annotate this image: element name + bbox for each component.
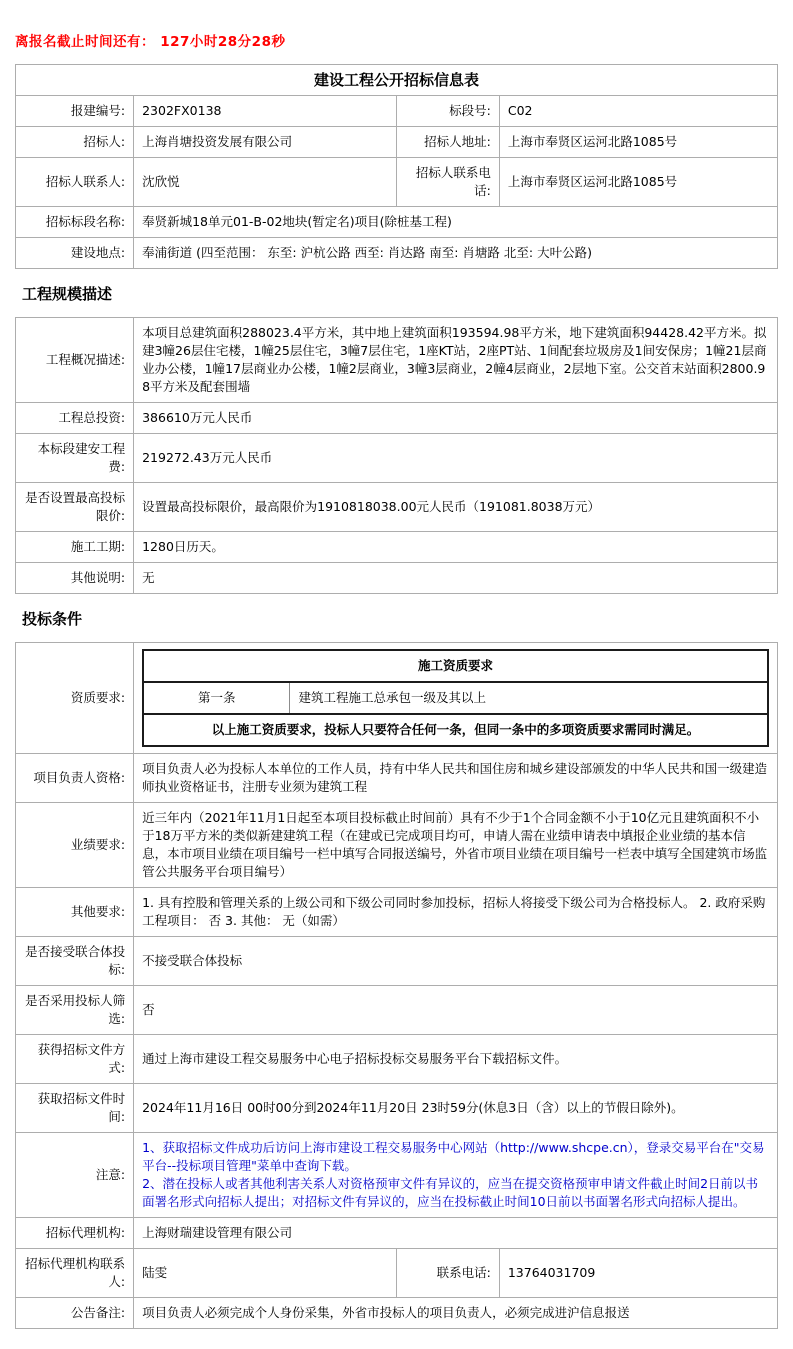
field-label: 招标标段名称: [16,207,134,238]
field-label: 项目负责人资格: [16,754,134,803]
field-label: 招标人地址: [396,127,499,158]
page-title: 建设工程公开招标信息表 [16,65,778,96]
table-title-row: 建设工程公开招标信息表 [16,65,778,96]
field-label: 是否接受联合体投标: [16,937,134,986]
qualification-cell: 施工资质要求 第一条 建筑工程施工总承包一级及其以上 以上施工资质要求，投标人只… [134,643,778,754]
field-value: 奉浦街道 (四至范围： 东至: 沪杭公路 西至: 肖达路 南至: 肖塘路 北至:… [134,238,778,269]
field-value: 否 [134,986,778,1035]
section-heading-bid-conditions: 投标条件 [22,608,778,629]
field-value: 设置最高投标限价，最高限价为1910818038.00元人民币（191081.8… [134,483,778,532]
notice-line-1: 1、获取招标文件成功后访问上海市建设工程交易服务中心网站（http://www.… [142,1139,769,1175]
field-label: 资质要求: [16,643,134,754]
table-row: 是否设置最高投标限价: 设置最高投标限价，最高限价为1910818038.00元… [16,483,778,532]
field-value: 通过上海市建设工程交易服务中心电子招标投标交易服务平台下载招标文件。 [134,1035,778,1084]
table-row: 施工工期: 1280日历天。 [16,532,778,563]
clause-number: 第一条 [143,682,290,714]
field-label: 其他要求: [16,888,134,937]
project-scale-table: 工程概况描述: 本项目总建筑面积288023.4平方米，其中地上建筑面积1935… [15,317,778,594]
bid-conditions-table: 资质要求: 施工资质要求 第一条 建筑工程施工总承包一级及其以上 以上施工资质要… [15,642,778,1329]
table-row: 工程概况描述: 本项目总建筑面积288023.4平方米，其中地上建筑面积1935… [16,318,778,403]
field-value: 1280日历天。 [134,532,778,563]
field-value: 上海财瑞建设管理有限公司 [134,1218,778,1249]
countdown-banner: 离报名截止时间还有： 127小时28分28秒 [15,30,778,50]
table-row: 招标代理机构联系人: 陆雯 联系电话: 13764031709 [16,1249,778,1298]
table-row: 招标人: 上海肖塘投资发展有限公司 招标人地址: 上海市奉贤区运河北路1085号 [16,127,778,158]
field-value: 项目负责人必为投标人本单位的工作人员，持有中华人民共和国住房和城乡建设部颁发的中… [134,754,778,803]
field-value: 386610万元人民币 [134,403,778,434]
field-label: 招标人联系电话: [396,158,499,207]
table-row: 报建编号: 2302FX0138 标段号: C02 [16,96,778,127]
table-row: 资质要求: 施工资质要求 第一条 建筑工程施工总承包一级及其以上 以上施工资质要… [16,643,778,754]
field-value: 2302FX0138 [134,96,397,127]
notice-line-2: 2、潜在投标人或者其他利害关系人对资格预审文件有异议的，应当在提交资格预审申请文… [142,1175,769,1211]
field-label: 获取招标文件时间: [16,1084,134,1133]
field-value: 无 [134,563,778,594]
table-row: 项目负责人资格: 项目负责人必为投标人本单位的工作人员，持有中华人民共和国住房和… [16,754,778,803]
field-label: 工程总投资: [16,403,134,434]
section-heading-project-scale: 工程规模描述 [22,283,778,304]
announcement-page: 离报名截止时间还有： 127小时28分28秒 建设工程公开招标信息表 报建编号:… [0,0,793,1349]
field-label: 获得招标文件方式: [16,1035,134,1084]
notice-content: 1、获取招标文件成功后访问上海市建设工程交易服务中心网站（http://www.… [134,1133,778,1218]
table-row: 招标标段名称: 奉贤新城18单元01-B-02地块(暂定名)项目(除桩基工程) [16,207,778,238]
field-label: 其他说明: [16,563,134,594]
table-row: 业绩要求: 近三年内（2021年11月1日起至本项目投标截止时间前）具有不少于1… [16,803,778,888]
field-label: 工程概况描述: [16,318,134,403]
field-value: 陆雯 [134,1249,397,1298]
field-value: 沈欣悦 [134,158,397,207]
field-label: 施工工期: [16,532,134,563]
nested-table-footer: 以上施工资质要求，投标人只要符合任何一条，但同一条中的多项资质要求需同时满足。 [143,714,768,746]
field-value: 219272.43万元人民币 [134,434,778,483]
field-label: 招标代理机构: [16,1218,134,1249]
table-row: 其他说明: 无 [16,563,778,594]
table-row: 其他要求: 1. 具有控股和管理关系的上级公司和下级公司同时参加投标，招标人将接… [16,888,778,937]
table-row: 是否接受联合体投标: 不接受联合体投标 [16,937,778,986]
field-value: 上海肖塘投资发展有限公司 [134,127,397,158]
table-row: 工程总投资: 386610万元人民币 [16,403,778,434]
field-label: 本标段建安工程费: [16,434,134,483]
countdown-label: 离报名截止时间还有： [15,34,155,50]
field-value: 上海市奉贤区运河北路1085号 [499,127,777,158]
field-value: 本项目总建筑面积288023.4平方米，其中地上建筑面积193594.98平方米… [134,318,778,403]
field-value: 奉贤新城18单元01-B-02地块(暂定名)项目(除桩基工程) [134,207,778,238]
nested-header-row: 施工资质要求 [143,650,768,682]
field-value: 项目负责人必须完成个人身份采集，外省市投标人的项目负责人，必须完成进沪信息报送 [134,1298,778,1329]
table-row: 建设地点: 奉浦街道 (四至范围： 东至: 沪杭公路 西至: 肖达路 南至: 肖… [16,238,778,269]
field-label: 招标代理机构联系人: [16,1249,134,1298]
table-row: 本标段建安工程费: 219272.43万元人民币 [16,434,778,483]
nested-item-row: 第一条 建筑工程施工总承包一级及其以上 [143,682,768,714]
field-label: 建设地点: [16,238,134,269]
field-value: 1. 具有控股和管理关系的上级公司和下级公司同时参加投标，招标人将接受下级公司为… [134,888,778,937]
field-value: 2024年11月16日 00时00分到2024年11月20日 23时59分(休息… [134,1084,778,1133]
field-label: 标段号: [396,96,499,127]
table-row: 是否采用投标人筛选: 否 [16,986,778,1035]
field-value: 13764031709 [499,1249,777,1298]
clause-value: 建筑工程施工总承包一级及其以上 [290,682,768,714]
table-row: 获得招标文件方式: 通过上海市建设工程交易服务中心电子招标投标交易服务平台下载招… [16,1035,778,1084]
table-row: 招标代理机构: 上海财瑞建设管理有限公司 [16,1218,778,1249]
field-value: 上海市奉贤区运河北路1085号 [499,158,777,207]
countdown-value: 127小时28分28秒 [160,34,285,50]
field-label: 报建编号: [16,96,134,127]
field-label: 招标人联系人: [16,158,134,207]
nested-footer-row: 以上施工资质要求，投标人只要符合任何一条，但同一条中的多项资质要求需同时满足。 [143,714,768,746]
table-row: 招标人联系人: 沈欣悦 招标人联系电话: 上海市奉贤区运河北路1085号 [16,158,778,207]
nested-table-header: 施工资质要求 [143,650,768,682]
construction-qualification-table: 施工资质要求 第一条 建筑工程施工总承包一级及其以上 以上施工资质要求，投标人只… [142,649,769,747]
field-label: 是否采用投标人筛选: [16,986,134,1035]
field-label: 联系电话: [396,1249,499,1298]
field-label: 注意: [16,1133,134,1218]
info-table: 建设工程公开招标信息表 报建编号: 2302FX0138 标段号: C02 招标… [15,64,778,269]
field-value: C02 [499,96,777,127]
table-row: 公告备注: 项目负责人必须完成个人身份采集，外省市投标人的项目负责人，必须完成进… [16,1298,778,1329]
field-label: 公告备注: [16,1298,134,1329]
table-row-notice: 注意: 1、获取招标文件成功后访问上海市建设工程交易服务中心网站（http://… [16,1133,778,1218]
field-value: 不接受联合体投标 [134,937,778,986]
field-label: 业绩要求: [16,803,134,888]
field-label: 招标人: [16,127,134,158]
table-row: 获取招标文件时间: 2024年11月16日 00时00分到2024年11月20日… [16,1084,778,1133]
field-label: 是否设置最高投标限价: [16,483,134,532]
field-value: 近三年内（2021年11月1日起至本项目投标截止时间前）具有不少于1个合同金额不… [134,803,778,888]
